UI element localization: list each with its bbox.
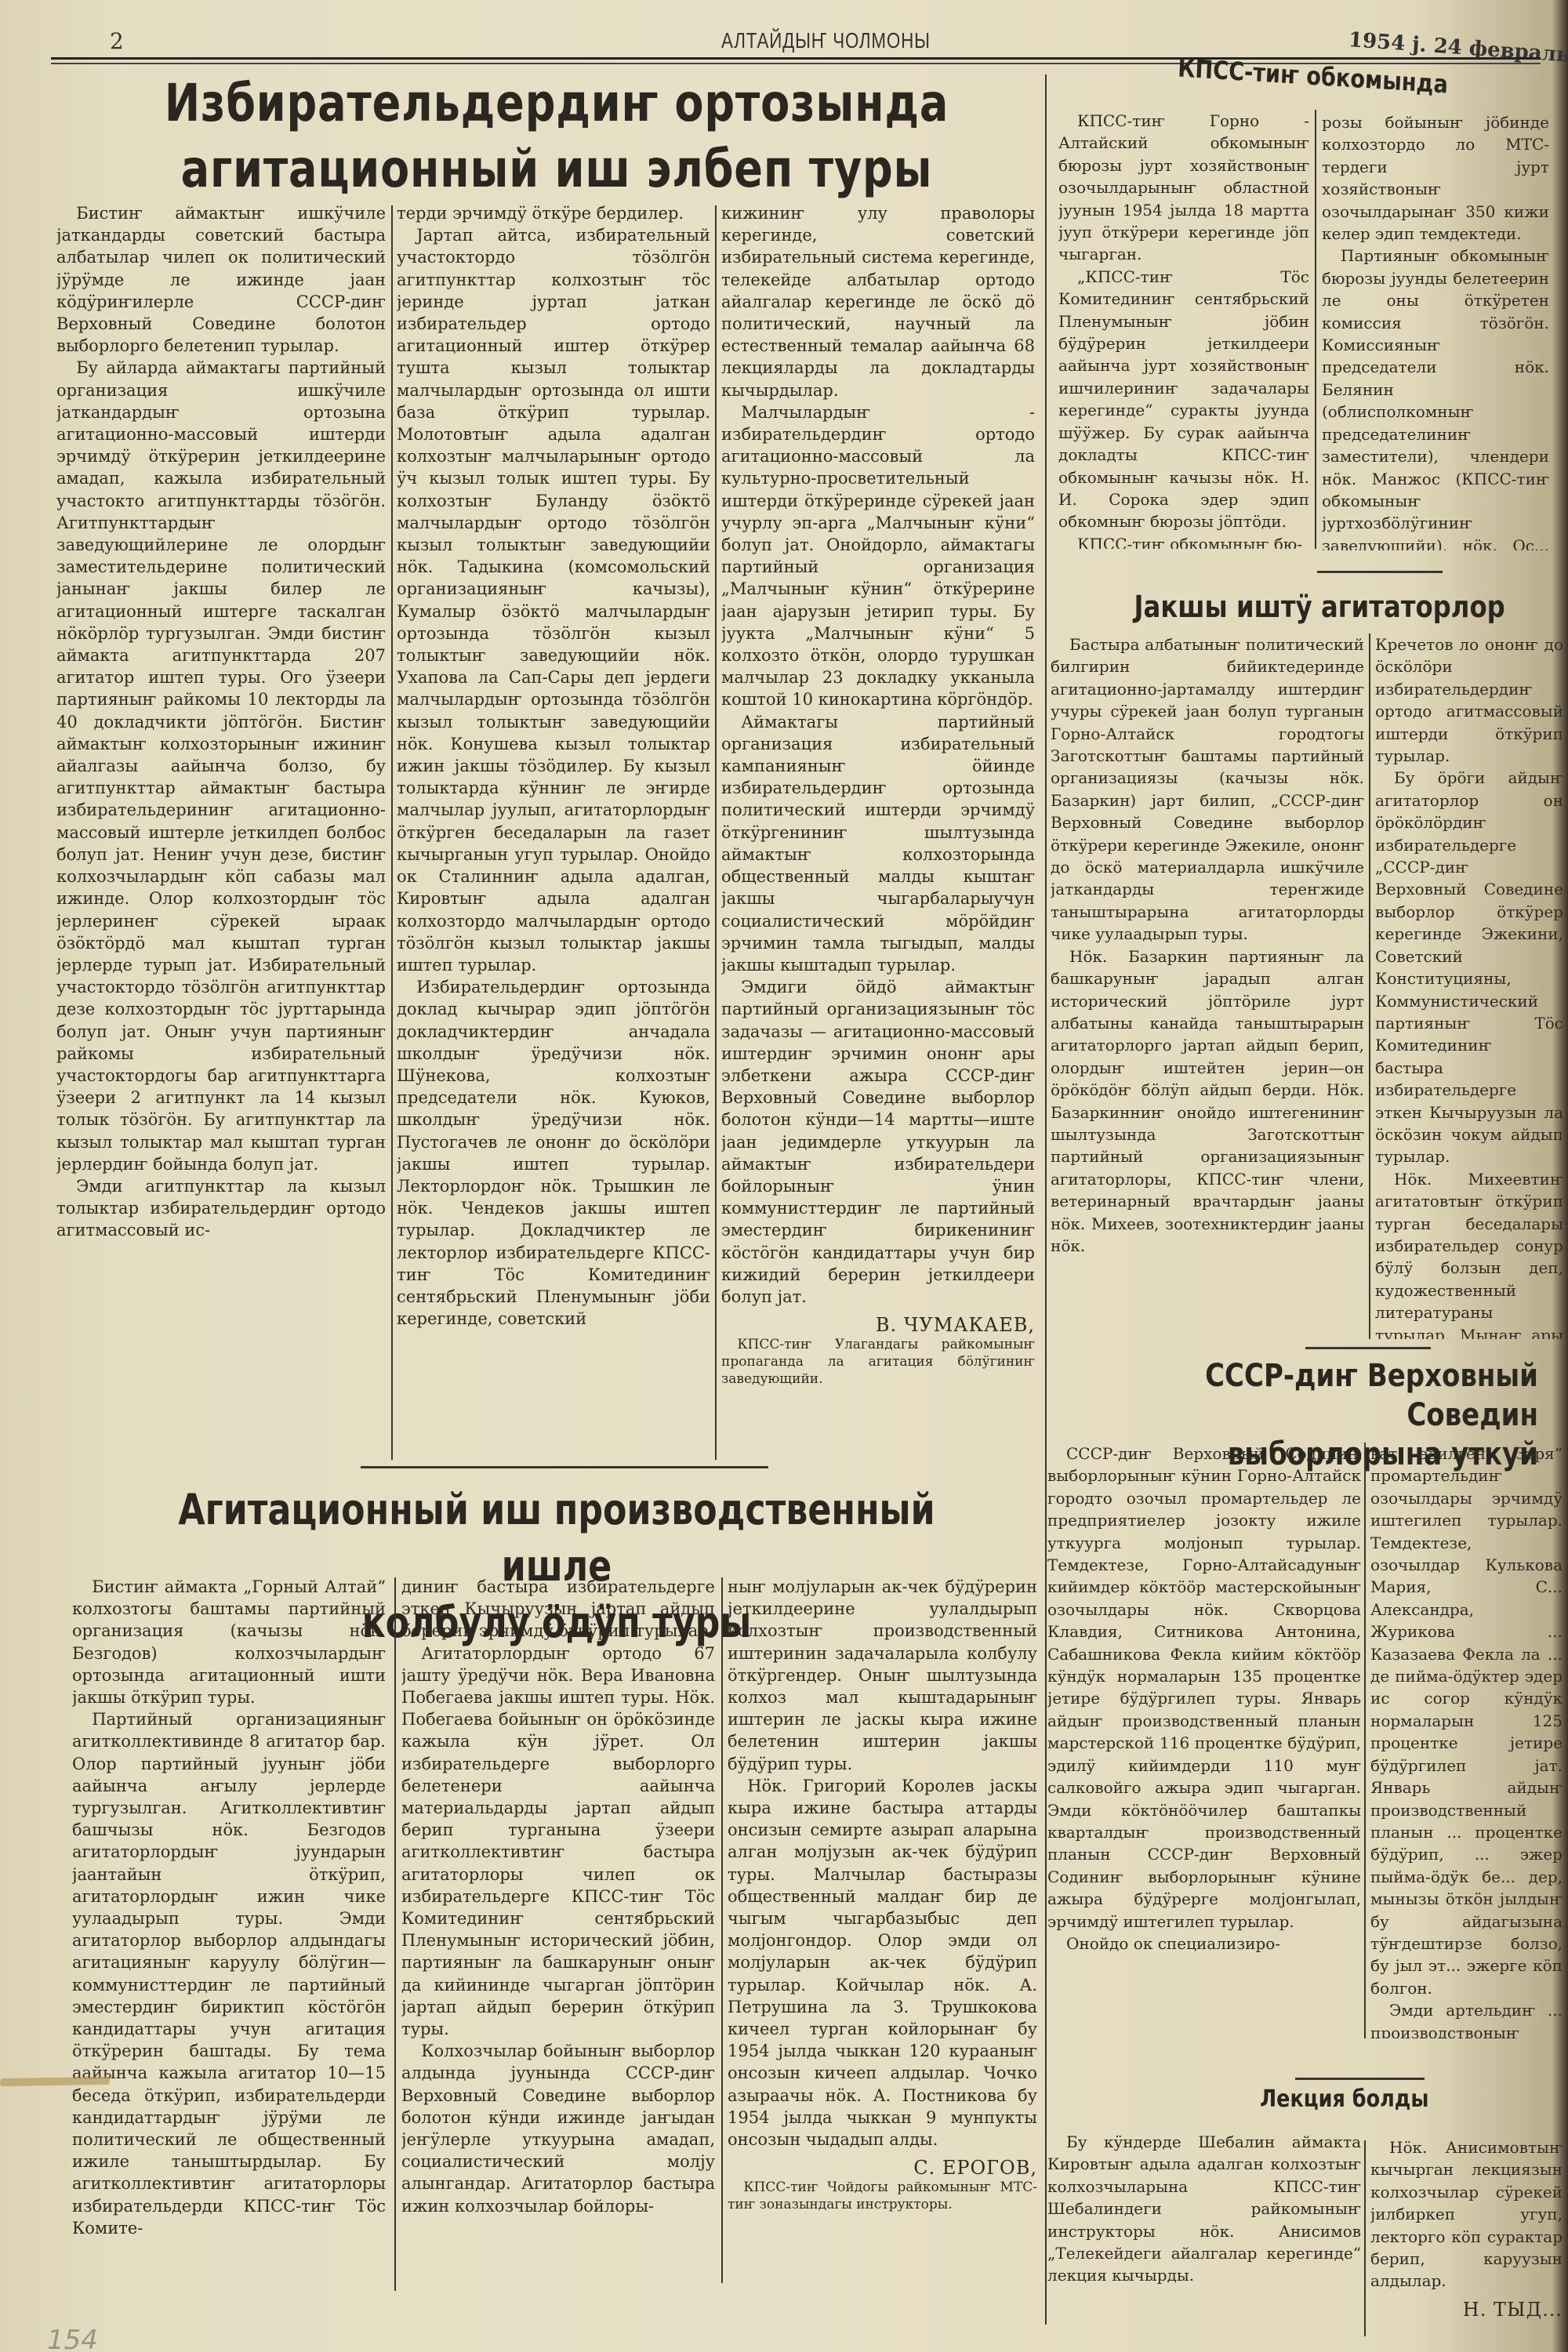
article-production-col-3: ныҥ молјуларын ак-чек бӱдӱрерин јеткилде… [728, 1576, 1037, 2321]
paragraph: Избирательдердиҥ ортозында доклад кычыра… [397, 976, 710, 1330]
article-lecture-col-1: Бу кӱндерде Шебалин аймакта Кировтыҥ ады… [1047, 2131, 1361, 2335]
paragraph: Малчылардыҥ - избирательдердиҥ ортодо аг… [721, 401, 1035, 711]
headline-good-agitators: Јакшы иштӱ агитаторлор [1134, 590, 1548, 624]
paragraph: ват эдилген „Заря“ промартельдиҥ озочылд… [1370, 1443, 1563, 1999]
paragraph: Бу айларда аймактагы партийный организац… [56, 357, 386, 1175]
newspaper-name: АЛТАЙДЫҤ ЧОЛМОНЫ [721, 28, 931, 53]
article-divider [361, 1466, 768, 1468]
newspaper-page: 2 АЛТАЙДЫҤ ЧОЛМОНЫ 1954 ј. 24 февраль, №… [0, 0, 1568, 2352]
article-good-agitators-col-2: Кречетов ло ононҥ до ӧскӧлӧри избиратель… [1375, 633, 1563, 1339]
paragraph: терди эрчимдӱ ӧткӱре бердилер. [397, 202, 710, 224]
paragraph: Бастыра албатыныҥ политический билгирин … [1051, 633, 1364, 946]
headline-agitation: Избирательдердиҥ ортозында агитационный … [165, 71, 949, 202]
paragraph: Партияныҥ обкомыныҥ бюрозы јуунды белете… [1322, 245, 1549, 550]
headline-line: СССР-диҥ Верховный Соведин [1112, 1356, 1538, 1435]
column-rule [1364, 1443, 1366, 2038]
paragraph: диниҥ бастыра избирательдерге эткен Кычы… [401, 1576, 715, 1642]
paragraph: Бу кӱндерде Шебалин аймакта Кировтыҥ ады… [1047, 2131, 1361, 2287]
headline-line: агитационный иш элбеп туры [165, 136, 949, 202]
article-sssr-elections-col-2: ват эдилген „Заря“ промартельдиҥ озочылд… [1370, 1443, 1563, 2038]
paragraph: Бистиҥ аймакта „Горный Алтай“ колхозтогы… [72, 1576, 386, 1708]
masthead: 2 АЛТАЙДЫҤ ЧОЛМОНЫ 1954 ј. 24 февраль, №… [78, 28, 1568, 60]
paragraph: Бистиҥ аймактыҥ ишкӱчиле јаткандарды сов… [56, 202, 386, 357]
byline-name: Н. ТЫД... [1370, 2299, 1563, 2321]
article-production-col-2: диниҥ бастыра избирательдерге эткен Кычы… [401, 1576, 715, 2321]
column-rule [1364, 2140, 1366, 2336]
article-divider [1317, 571, 1443, 573]
byline-name: С. ЕРОГОВ, [728, 2157, 1037, 2179]
column-rule [391, 205, 393, 1460]
paragraph: Онойдо ок специализиро- [1047, 1933, 1361, 1955]
paragraph: Агитаторлордыҥ ортодо 67 јашту ӱредӱчи н… [401, 1642, 715, 2041]
article-divider [1295, 2078, 1425, 2080]
paragraph: розы бойыныҥ јӧбинде колхозтордо ло МТС-… [1322, 111, 1549, 245]
article-sssr-elections-col-1: СССР-диҥ Верховный Содиниҥ выборлорыныҥ … [1047, 1443, 1361, 2038]
paragraph: Эмдиги ӧйдӧ аймактыҥ партийный организац… [721, 976, 1035, 1308]
byline-role: КПСС-тиҥ Улагандагы райкомыныҥ пропаганд… [721, 1336, 1035, 1388]
paragraph: Јартап айтса, избирательный участоктордо… [397, 224, 710, 976]
article-agitation-col-2: терди эрчимдӱ ӧткӱре бердилер. Јартап ай… [397, 202, 710, 1457]
section-rule [1045, 74, 1047, 2325]
column-rule [1315, 110, 1316, 549]
pencil-note: 154 [47, 2325, 98, 2352]
paragraph: Нӧк. Михеевтиҥ агитатовтыҥ ӧткӱрип турга… [1375, 1168, 1563, 1339]
paragraph: СССР-диҥ Верховный Содиниҥ выборлорыныҥ … [1047, 1443, 1361, 1933]
column-rule [715, 205, 717, 1460]
headline-line: Избирательдердиҥ ортозында [165, 71, 949, 136]
paragraph: КПСС-тиҥ Горно - Алтайский обкомыныҥ бюр… [1058, 110, 1309, 266]
paragraph: Колхозчылар бойыныҥ выборлор алдында јуу… [401, 2040, 715, 2217]
column-rule [1369, 633, 1370, 1339]
column-rule [721, 1577, 723, 2283]
headline-lecture: Лекция болды [1260, 2085, 1500, 2113]
paragraph: Эмди артельдиҥ ... производствоныҥ планы… [1370, 1999, 1563, 2038]
paragraph: Бу ӧрӧги айдыҥ агитаторлор он ӧрӧкӧлӧрди… [1375, 767, 1563, 1167]
article-divider [1305, 1347, 1431, 1349]
paragraph: Нӧк. Анисимовтыҥ кычырган лекциязын колх… [1370, 2136, 1563, 2292]
paragraph: Кречетов ло ононҥ до ӧскӧлӧри избиратель… [1375, 633, 1563, 767]
paragraph: „КПСС-тиҥ Тӧс Комитединиҥ сентябрьский П… [1058, 266, 1309, 533]
column-rule [394, 1577, 396, 2291]
byline-name: В. ЧУМАКАЕВ, [721, 1314, 1035, 1336]
byline-role: КПСС-тиҥ Чойдогы райкомыныҥ МТС-тиҥ зона… [728, 2179, 1037, 2213]
article-obkom-col-1: КПСС-тиҥ Горно - Алтайский обкомыныҥ бюр… [1058, 110, 1309, 549]
paragraph: Нӧк. Григорий Королев јаскы кыра ижине б… [728, 1775, 1037, 2151]
article-obkom-col-2: розы бойыныҥ јӧбинде колхозтордо ло МТС-… [1322, 111, 1549, 550]
paragraph: Аймактагы партийный организация избирате… [721, 711, 1035, 976]
paragraph: ныҥ молјуларын ак-чек бӱдӱрерин јеткилде… [728, 1576, 1037, 1775]
article-lecture-col-2: Нӧк. Анисимовтыҥ кычырган лекциязын колх… [1370, 2136, 1563, 2340]
article-production-col-1: Бистиҥ аймакта „Горный Алтай“ колхозтогы… [72, 1576, 386, 2321]
paragraph: Нӧк. Базаркин партияныҥ ла башкаруныҥ ја… [1051, 946, 1364, 1258]
paragraph: Партийный организацияныҥ агитколлективин… [72, 1708, 386, 2239]
article-agitation-col-1: Бистиҥ аймактыҥ ишкӱчиле јаткандарды сов… [56, 202, 386, 1425]
paragraph: кижиниҥ улу праволоры керегинде, советск… [721, 202, 1035, 401]
page-number: 2 [110, 28, 124, 54]
paragraph: КПСС-тиҥ обкомыныҥ бю- [1058, 533, 1309, 549]
paragraph: Эмди агитпункттар ла кызыл толыктар изби… [56, 1175, 386, 1242]
article-good-agitators-col-1: Бастыра албатыныҥ политический билгирин … [1051, 633, 1364, 1339]
article-agitation-col-3: кижиниҥ улу праволоры керегинде, советск… [721, 202, 1035, 1457]
